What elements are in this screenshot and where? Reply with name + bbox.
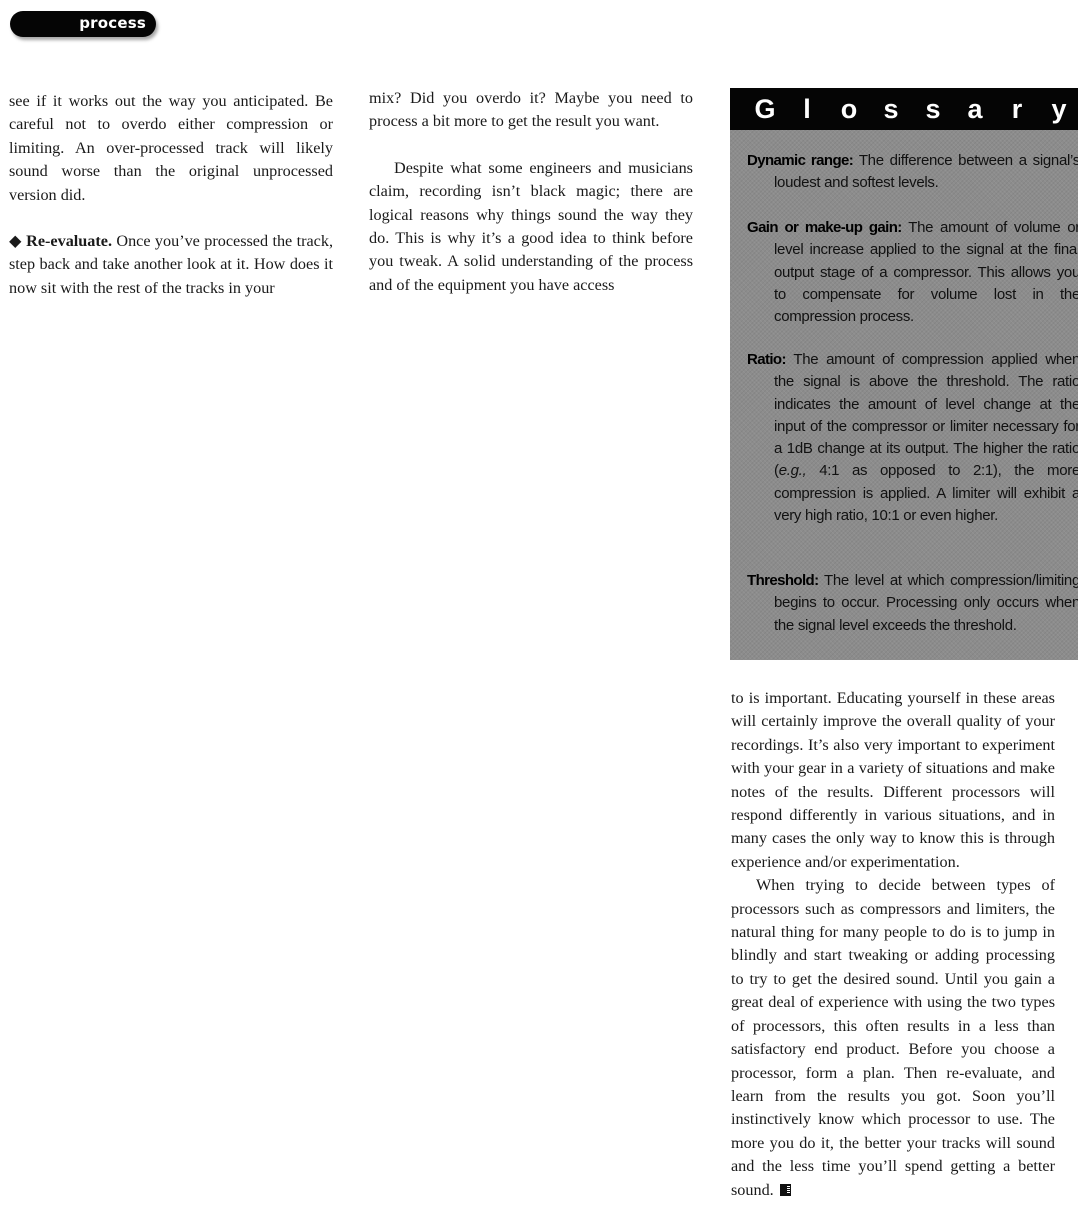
paragraph-final: When trying to decide between types of p… [731, 874, 1055, 1202]
end-of-article-icon [780, 1184, 791, 1196]
glossary-term: Threshold: [747, 572, 819, 589]
paragraph: see if it works out the way you anticipa… [9, 90, 333, 207]
glossary-entry-dynamic-range: Dynamic range: The difference between a … [747, 150, 1078, 195]
glossary-definition: The amount of compression applied when t… [774, 351, 1078, 479]
glossary-term: Ratio: [747, 351, 786, 368]
diamond-bullet-icon: ◆ [9, 232, 22, 250]
text-column-3: to is important. Educating yourself in t… [731, 687, 1055, 1202]
text-column-2: mix? Did you overdo it? Maybe you need t… [369, 87, 693, 297]
text-column-1: see if it works out the way you anticipa… [9, 90, 333, 300]
glossary-entry-ratio: Ratio: The amount of compression applied… [747, 349, 1078, 527]
glossary-definition: The level at which compression/limiting … [774, 572, 1078, 634]
glossary-entry-threshold: Threshold: The level at which compressio… [747, 570, 1078, 637]
bullet-label: Re-evaluate. [26, 232, 112, 250]
paragraph: Despite what some engineers and musician… [369, 157, 693, 297]
glossary-term: Gain or make-up gain: [747, 219, 902, 236]
paragraph: mix? Did you overdo it? Maybe you need t… [369, 87, 693, 134]
glossary-entry-gain: Gain or make-up gain: The amount of volu… [747, 217, 1078, 328]
paragraph: to is important. Educating yourself in t… [731, 687, 1055, 874]
bullet-paragraph-re-evaluate: ◆ Re-evaluate. Once you’ve processed the… [9, 230, 333, 300]
section-tab: process [10, 11, 156, 37]
glossary-term: Dynamic range: [747, 152, 853, 169]
glossary-example: e.g., [779, 462, 807, 479]
glossary-definition: 4:1 as opposed to 2:1), the more compres… [774, 462, 1078, 524]
glossary-sidebar: G l o s s a r y Dynamic range: The diffe… [730, 88, 1078, 660]
glossary-title: G l o s s a r y [730, 88, 1078, 130]
section-tab-label: process [79, 14, 146, 32]
